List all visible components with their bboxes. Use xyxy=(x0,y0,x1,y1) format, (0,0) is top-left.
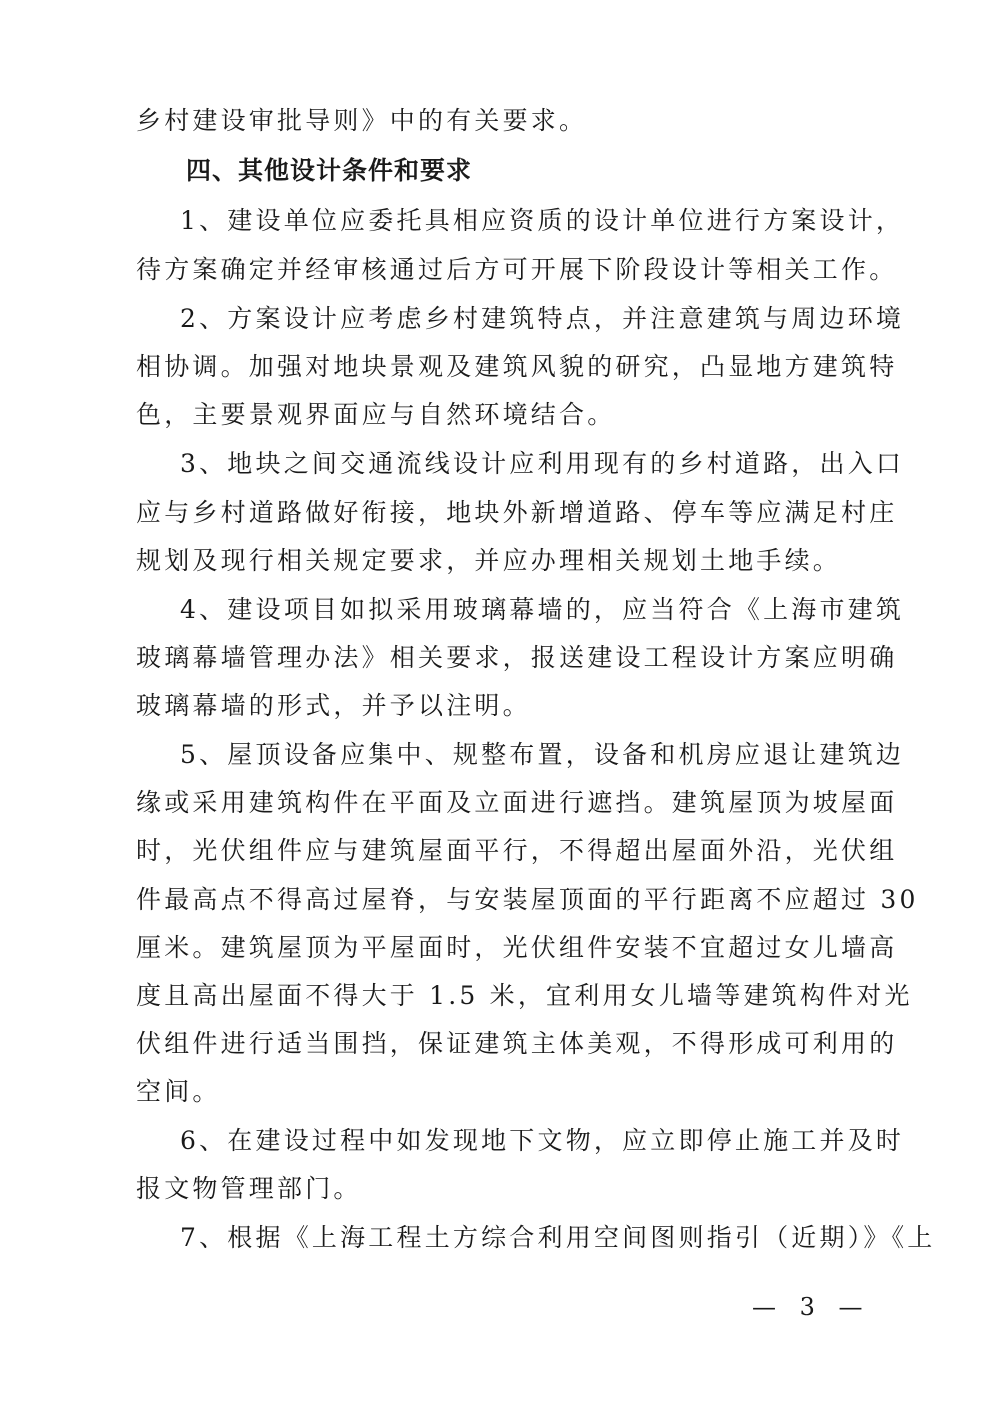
item-1-line-2: 待方案确定并经审核通过后方可开展下阶段设计等相关工作。 xyxy=(136,253,856,287)
item-5-line-4: 件最高点不得高过屋脊，与安装屋顶面的平行距离不应超过 30 xyxy=(136,883,856,917)
section-heading: 四、其他设计条件和要求 xyxy=(186,154,472,188)
item-2-line-1: 2、方案设计应考虑乡村建筑特点，并注意建筑与周边环境 xyxy=(180,302,856,336)
item-3-line-1: 3、地块之间交通流线设计应利用现有的乡村道路，出入口 xyxy=(180,447,856,481)
item-4-line-3: 玻璃幕墙的形式，并予以注明。 xyxy=(136,689,856,723)
page-number: — 3 — xyxy=(752,1292,842,1322)
item-5-line-6: 度且高出屋面不得大于 1.5 米，宜利用女儿墙等建筑构件对光 xyxy=(136,979,856,1013)
item-2-line-2: 相协调。加强对地块景观及建筑风貌的研究，凸显地方建筑特 xyxy=(136,350,856,384)
item-5-line-8: 空间。 xyxy=(136,1075,856,1109)
item-5-line-7: 伏组件进行适当围挡，保证建筑主体美观，不得形成可利用的 xyxy=(136,1027,856,1061)
document-page: 乡村建设审批导则》中的有关要求。 四、其他设计条件和要求 1、建设单位应委托具相… xyxy=(0,0,992,1403)
item-5-line-3: 时，光伏组件应与建筑屋面平行，不得超出屋面外沿，光伏组 xyxy=(136,834,856,868)
item-6-line-2: 报文物管理部门。 xyxy=(136,1172,856,1206)
item-5-line-1: 5、屋顶设备应集中、规整布置，设备和机房应退让建筑边 xyxy=(180,738,856,772)
item-4-line-2: 玻璃幕墙管理办法》相关要求，报送建设工程设计方案应明确 xyxy=(136,641,856,675)
item-5-line-2: 缘或采用建筑构件在平面及立面进行遮挡。建筑屋顶为坡屋面 xyxy=(136,786,856,820)
item-6-line-1: 6、在建设过程中如发现地下文物，应立即停止施工并及时 xyxy=(180,1124,856,1158)
item-7-line-1: 7、根据《上海工程土方综合利用空间图则指引（近期）》《上 xyxy=(180,1221,856,1255)
item-2-line-3: 色，主要景观界面应与自然环境结合。 xyxy=(136,398,856,432)
item-3-line-3: 规划及现行相关规定要求，并应办理相关规划土地手续。 xyxy=(136,544,856,578)
item-1-line-1: 1、建设单位应委托具相应资质的设计单位进行方案设计， xyxy=(180,204,856,238)
item-4-line-1: 4、建设项目如拟采用玻璃幕墙的，应当符合《上海市建筑 xyxy=(180,593,856,627)
item-5-line-5: 厘米。建筑屋顶为平屋面时，光伏组件安装不宜超过女儿墙高 xyxy=(136,931,856,965)
continuation-line: 乡村建设审批导则》中的有关要求。 xyxy=(136,104,856,138)
item-3-line-2: 应与乡村道路做好衔接，地块外新增道路、停车等应满足村庄 xyxy=(136,496,856,530)
